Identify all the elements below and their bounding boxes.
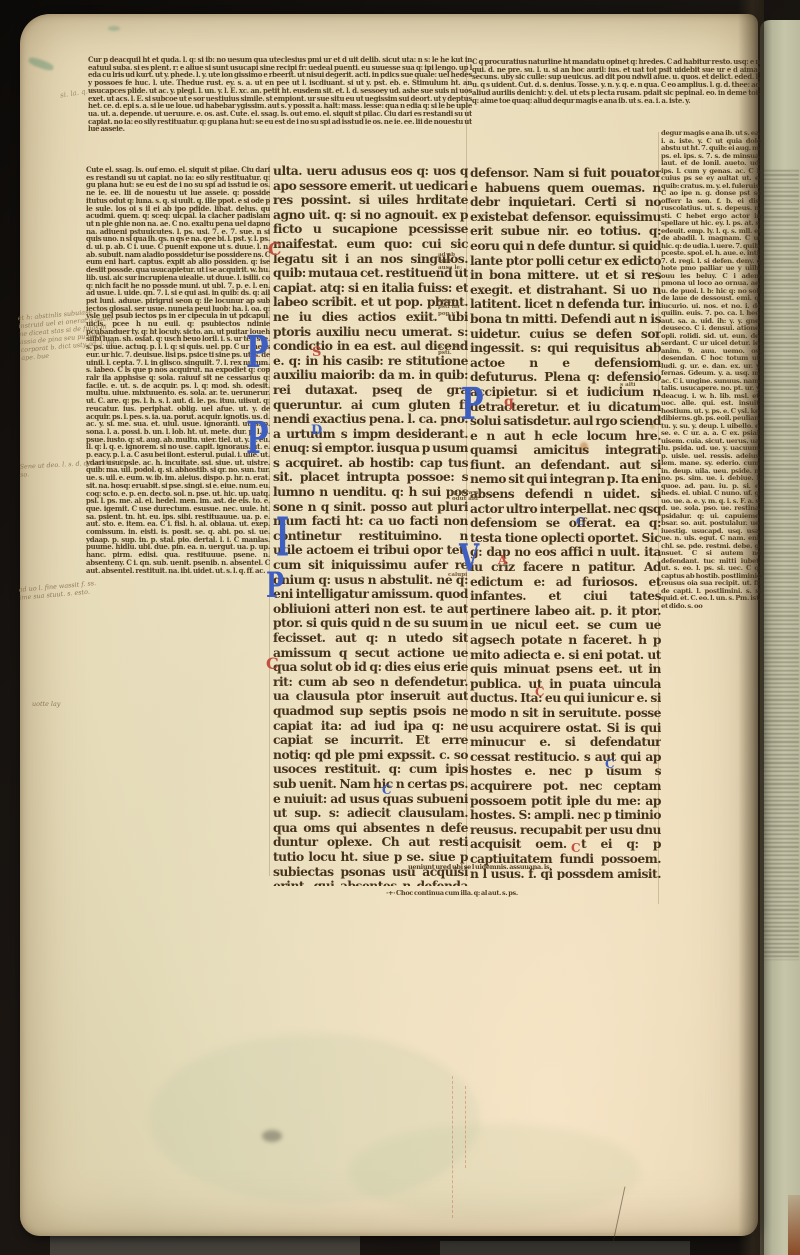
decorated-initial-I-blue: I <box>276 512 289 565</box>
decorated-initial-V-blue: V <box>459 540 479 578</box>
adjacent-page-edge <box>760 20 800 1255</box>
photographed-manuscript-scene: Cur p deacquil ht et quda. l. q: si ib: … <box>0 0 800 1255</box>
decorated-initial-q-red: q <box>504 395 514 409</box>
bottom-gloss-line-2: ·+· Choc continua cum illa. q: al aut. s… <box>386 890 601 900</box>
paraph-mark-red-2: C <box>571 842 581 854</box>
interlinear-note-5: s alti <box>620 382 646 390</box>
paraph-mark-blue-2: C <box>605 758 615 770</box>
manuscript-page: Cur p deacquil ht et quda. l. q: si ib: … <box>20 14 758 1236</box>
margin-note-left-3: ad uo l. fine wassit f. ss. ime sua stuu… <box>18 578 107 625</box>
cradle-block-right <box>440 1241 690 1255</box>
decorated-initial-P-blue-4: P <box>461 384 484 428</box>
left-gloss-column: Cute el. ssag. ls. ouf emo. el. siquit s… <box>86 166 270 880</box>
decorated-initial-S-red: S <box>312 346 321 359</box>
red-ruling-bottom-2 <box>465 1086 466 1168</box>
red-ruling-bottom-1 <box>452 1076 453 1218</box>
cradle-block-left <box>50 1236 360 1255</box>
interlinear-note-1: ad ab sens ausa le; <box>438 252 468 278</box>
decorated-initial-C-red-2: C <box>266 656 279 672</box>
interlinear-note-3: p. s. le y psti. <box>438 344 472 364</box>
decorated-initial-D-blue: D <box>311 424 322 437</box>
adjacent-page-showthrough-text <box>763 170 799 960</box>
paraph-mark-blue-1: C <box>576 516 585 527</box>
interlinear-note-4: q: stra no odut aid <box>452 490 486 516</box>
green-smudge-top-left <box>27 56 54 72</box>
margin-note-left-1: et h: abstinlis subuiase instruid uel ei… <box>17 306 118 376</box>
book-edge-sliver <box>788 1195 800 1255</box>
green-stain-small <box>350 1124 640 1219</box>
green-smudge-top <box>108 26 120 31</box>
bottom-gloss-line-1: ueniunt ured ubi se l uidemnis. assuuana… <box>408 864 668 874</box>
decorated-initial-P-blue-1: P <box>246 332 269 376</box>
decorated-initial-A-red: A <box>498 554 507 566</box>
ink-smudge-bottom <box>262 1130 282 1142</box>
decorated-initial-P-blue-2: P <box>246 418 269 462</box>
decorated-initial-C-red: C <box>268 242 282 259</box>
main-text-column-right: defensor. Nam si fuit pouator e habuens … <box>470 166 661 880</box>
margin-note-left-4: uotte lay <box>32 700 92 708</box>
paraph-mark-blue-3: C <box>382 784 392 796</box>
interlinear-note-2: osiq i psti lia pop y <box>438 298 468 324</box>
gutter-shadow <box>738 0 764 1255</box>
decorated-initial-P-blue-3: P <box>266 568 284 603</box>
top-gloss-left: Cur p deacquil ht et quda. l. q: si ib: … <box>88 56 472 164</box>
paraph-mark-red-1: C <box>535 686 545 698</box>
